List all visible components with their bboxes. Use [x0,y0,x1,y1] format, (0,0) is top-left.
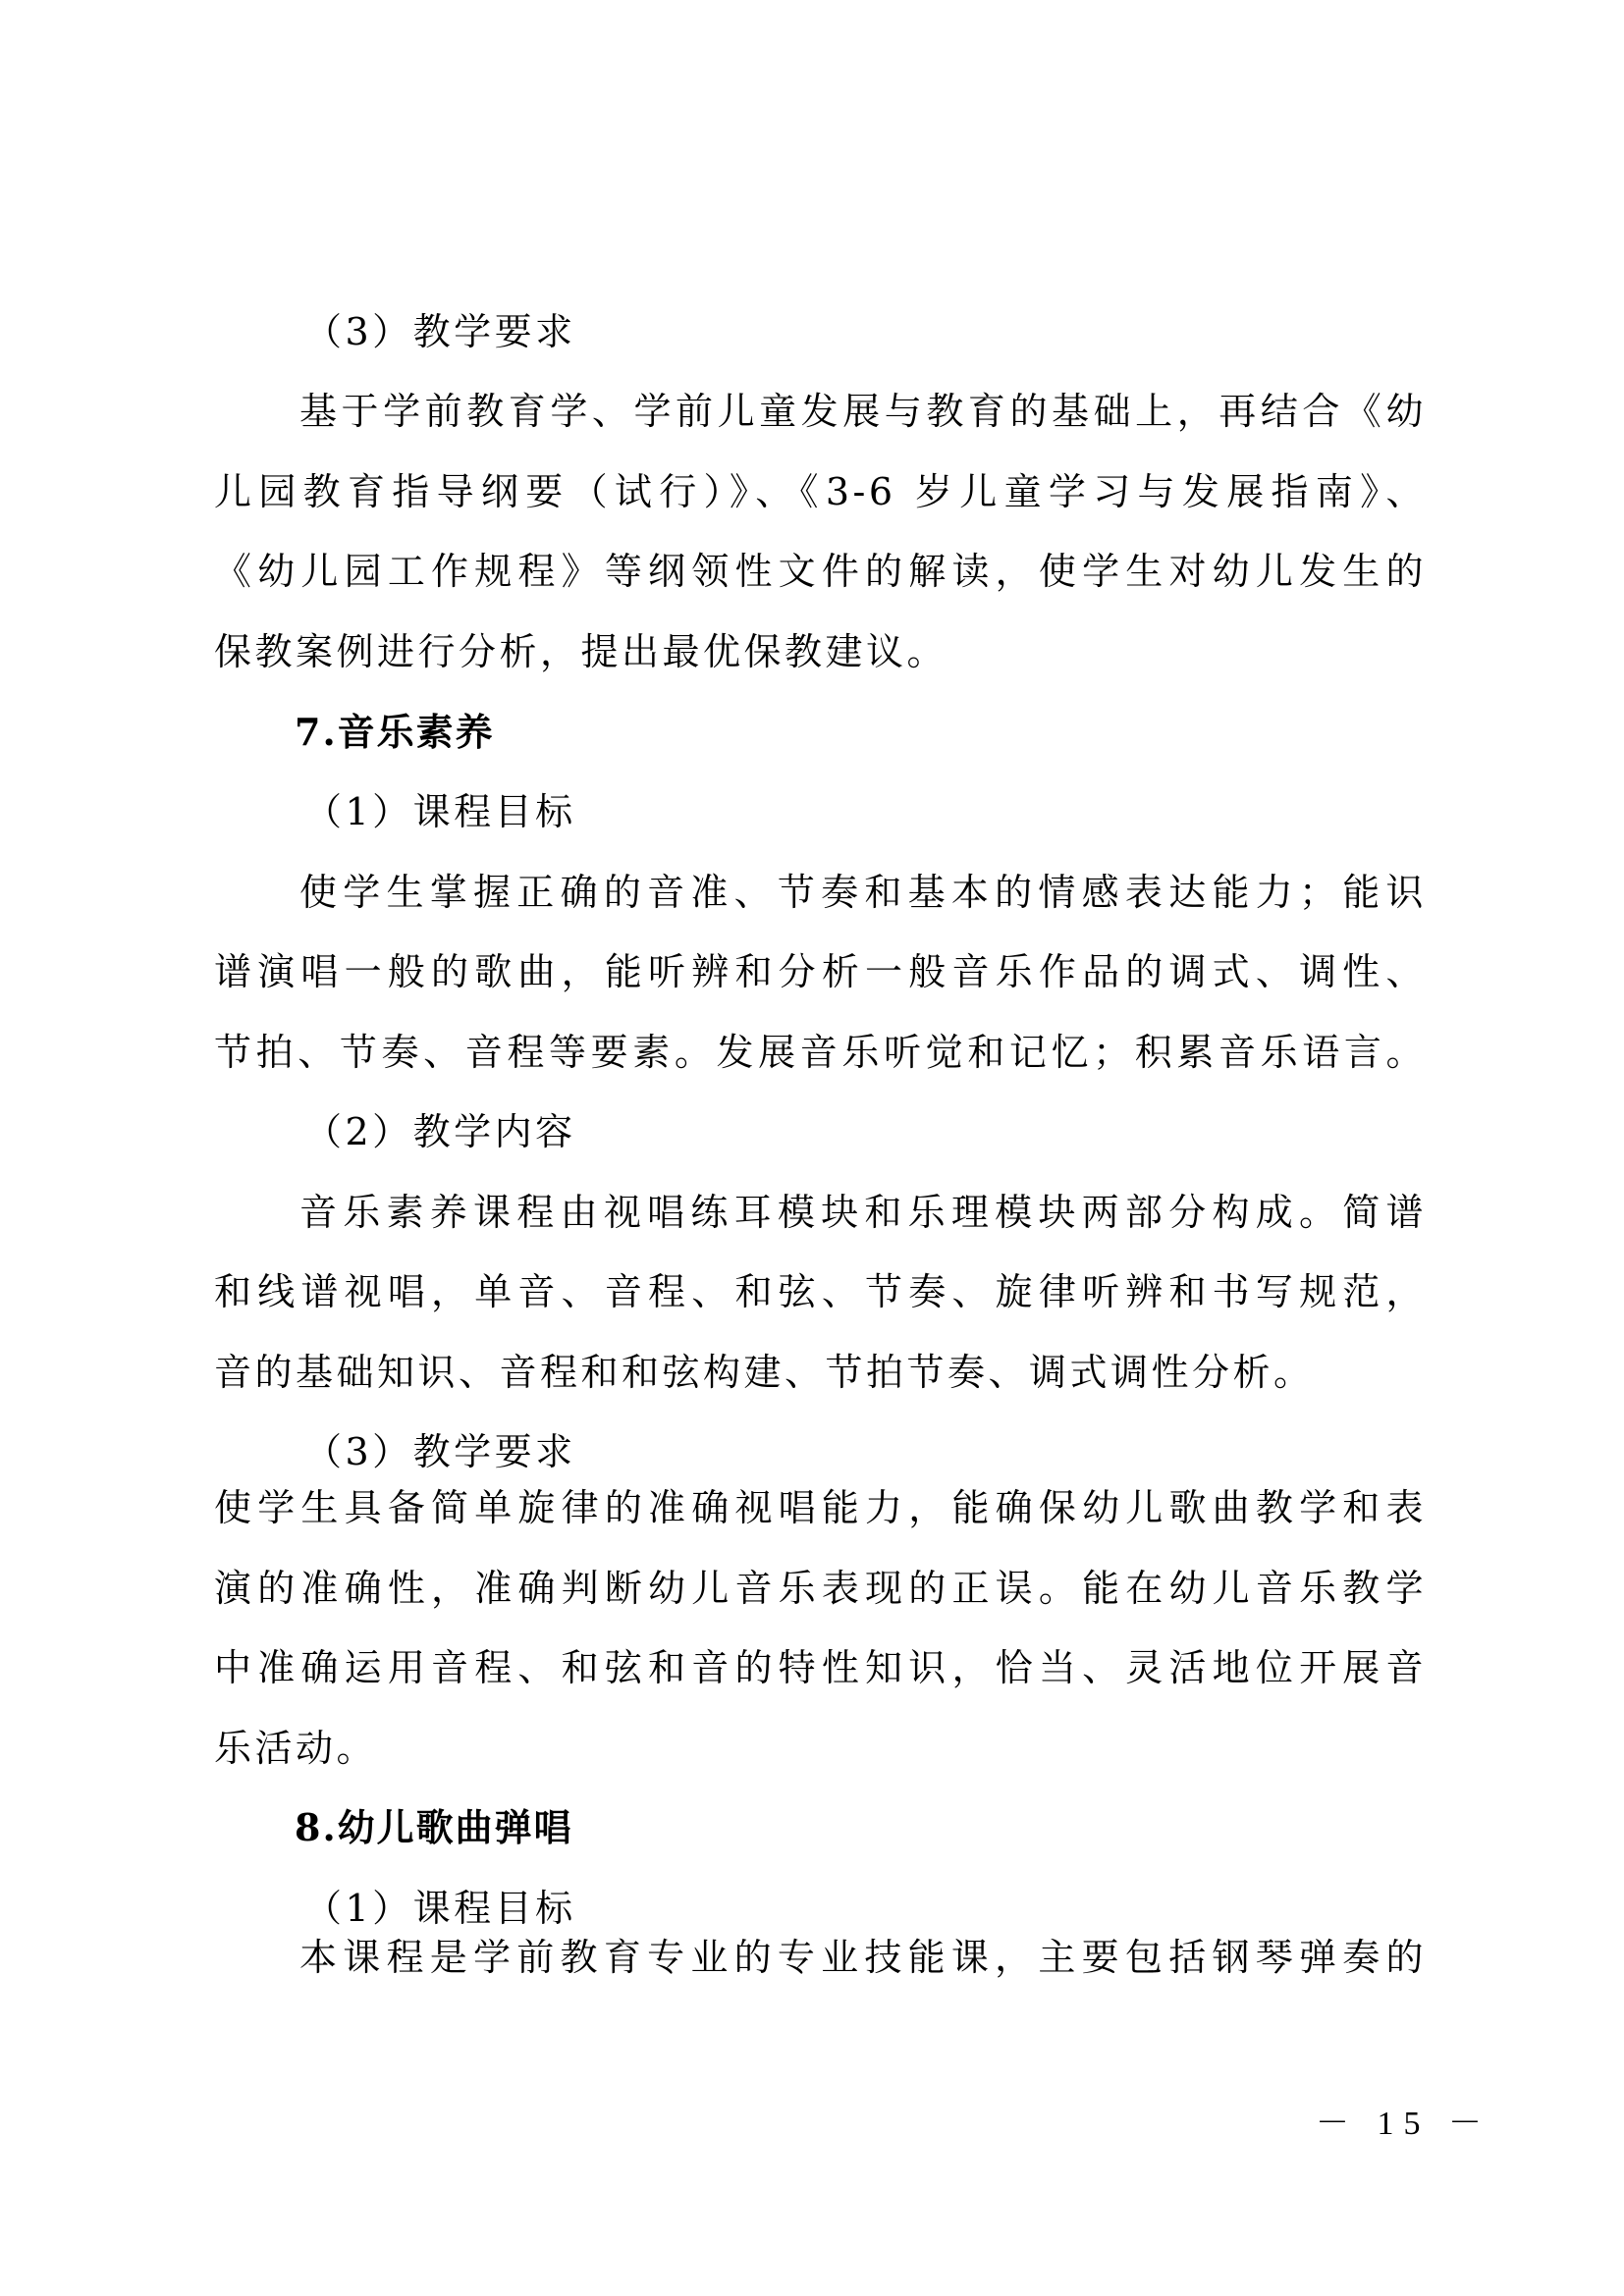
paragraph-line: 保教案例进行分析，提出最优保教建议。 [214,622,1427,681]
paragraph-line: 中准确运用音程、和弦和音的特性知识，恰当、灵活地位开展音 [214,1638,1427,1697]
paragraph-line: 音乐素养课程由视唱练耳模块和乐理模块两部分构成。简谱 [299,1183,1427,1242]
paragraph-line: 和线谱视唱，单音、音程、和弦、节奏、旋律听辨和书写规范， [214,1262,1427,1321]
paragraph-line: 使学生具备简单旋律的准确视唱能力，能确保幼儿歌曲教学和表 [214,1478,1427,1537]
subheading-teaching-requirements: （3）教学要求 [304,302,1517,361]
paragraph-line: 本课程是学前教育专业的专业技能课，主要包括钢琴弹奏的 [299,1928,1427,1987]
paragraph-line: 儿园教育指导纲要（试行）》、《3-6 岁儿童学习与发展指南》、 [214,462,1427,521]
paragraph-line: 基于学前教育学、学前儿童发展与教育的基础上，再结合《幼 [299,382,1427,441]
document-page: （3）教学要求 基于学前教育学、学前儿童发展与教育的基础上，再结合《幼 儿园教育… [0,0,1624,2296]
subheading-teaching-requirements: （3）教学要求 [304,1422,1517,1481]
paragraph-line: 音的基础知识、音程和和弦构建、节拍节奏、调式调性分析。 [214,1343,1427,1402]
paragraph-line: 演的准确性，准确判断幼儿音乐表现的正误。能在幼儿音乐教学 [214,1559,1427,1618]
paragraph-line: 乐活动。 [214,1719,1427,1778]
paragraph-line: 谱演唱一般的歌曲，能听辨和分析一般音乐作品的调式、调性、 [214,942,1427,1001]
paragraph-line: 节拍、节奏、音程等要素。发展音乐听觉和记忆；积累音乐语言。 [214,1023,1427,1082]
paragraph-line: 《幼儿园工作规程》等纲领性文件的解读，使学生对幼儿发生的 [214,542,1427,601]
subheading-teaching-content: （2）教学内容 [304,1102,1517,1161]
section-heading-music-literacy: 7.音乐素养 [295,703,1507,762]
page-number: － 15 － [1316,2096,1491,2144]
paragraph-line: 使学生掌握正确的音准、节奏和基本的情感表达能力；能识 [299,863,1427,922]
section-heading-childrens-song-playing: 8.幼儿歌曲弹唱 [295,1798,1507,1857]
subheading-course-objectives: （1）课程目标 [304,782,1517,841]
